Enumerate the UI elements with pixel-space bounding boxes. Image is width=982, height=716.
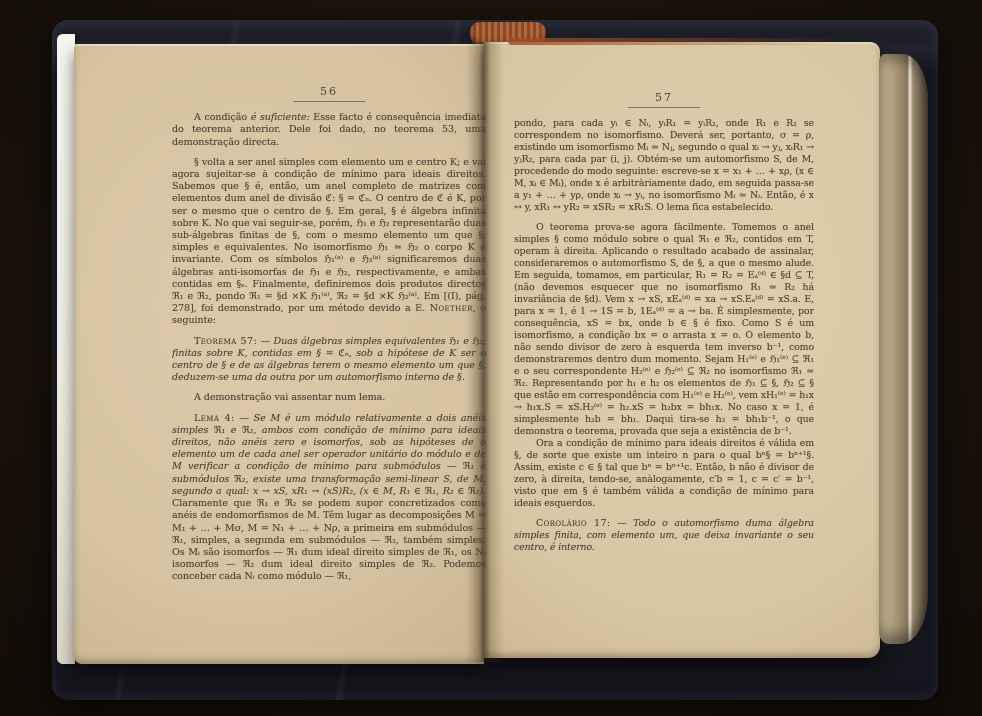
- paragraph-lemma-proof-continued: pondo, para cada yᵢ ∈ Nᵢ, yᵢR₁ = yᵢR₂, o…: [514, 118, 814, 214]
- page-number-left: 56: [293, 86, 365, 102]
- paragraph-minimum-condition: Ora a condição de mínimo para ideais dir…: [514, 438, 814, 510]
- left-page-fore-edge: [57, 34, 75, 664]
- lemma-statement: — Se M é um módulo relativamente a dois …: [172, 413, 486, 497]
- corollary-label: Corolário 17:: [536, 518, 610, 529]
- right-page-text: 57 pondo, para cada yᵢ ∈ Nᵢ, yᵢR₁ = yᵢR₂…: [514, 92, 814, 658]
- lemma-label: Lema 4:: [194, 413, 235, 424]
- paragraph-text: § volta a ser anel simples com elemento …: [172, 157, 486, 314]
- paragraph-sufficiency: A condição é suficiente: Esse facto é co…: [172, 112, 486, 149]
- page-top-stain: [508, 38, 846, 45]
- left-page-text: 56 A condição é suficiente: Esse facto é…: [172, 86, 486, 664]
- theorem-57: Teorema 57: — Duas álgebras simples equi…: [172, 336, 486, 385]
- right-page-edge-stack: [879, 54, 928, 644]
- paragraph-lemma-intro: A demonstração vai assentar num lema.: [172, 392, 486, 404]
- emphasis-text: é suficiente:: [251, 112, 310, 123]
- paragraph-ring-setup: § volta a ser anel simples com elemento …: [172, 157, 486, 328]
- lemma-4: Lema 4: — Se M é um módulo relativamente…: [172, 413, 486, 584]
- lemma-proof-start: Claramente que ℜ₁ e ℜ₂ se podem supor co…: [172, 498, 486, 582]
- theorem-label: Teorema 57:: [194, 336, 257, 347]
- page-number-label: 56: [320, 86, 338, 98]
- corollary-17: Corolário 17: — Todo o automorfismo duma…: [514, 518, 814, 554]
- paragraph-text: A condição: [194, 112, 251, 123]
- author-name-noether: Noether: [430, 303, 473, 314]
- page-number-right: 57: [628, 92, 700, 108]
- photo-background: 56 A condição é suficiente: Esse facto é…: [0, 0, 982, 716]
- page-number-label: 57: [655, 92, 673, 104]
- paragraph-theorem-proof: O teorema prova-se agora fàcilmente. Tom…: [514, 222, 814, 438]
